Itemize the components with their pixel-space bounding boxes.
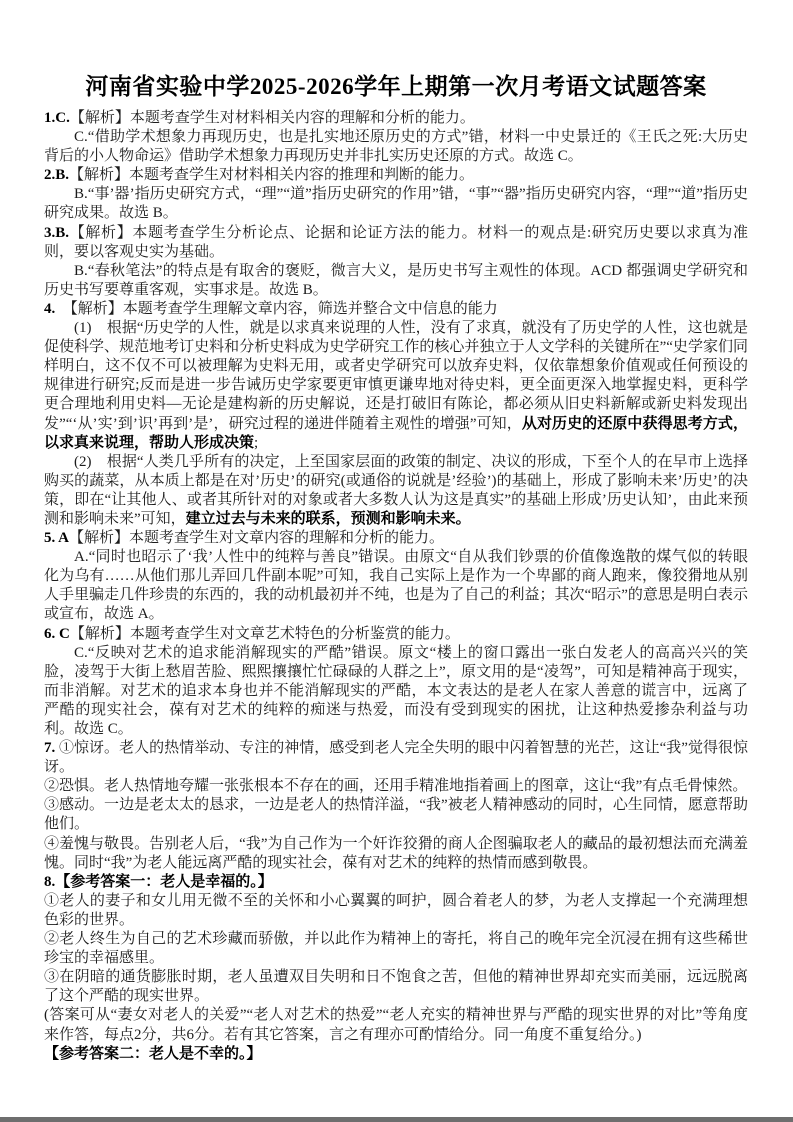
- answer-paragraph: 2.B.【解析】本题考查学生对材料相关内容的推理和判断的能力。: [44, 166, 748, 185]
- emphasis-text: 建立过去与未来的联系，预测和影响未来。: [186, 511, 471, 527]
- answer-paragraph: 3.B.【解析】本题考查学生分析论点、论据和论证方法的能力。材料一的观点是:研究…: [44, 224, 748, 262]
- text-segment: 【解析】本题考查学生对材料相关内容的推理和判断的能力。: [69, 167, 474, 183]
- answer-paragraph: (答案可从“妻女对老人的关爱”“老人对艺术的热爱”“老人充实的精神世界与严酷的现…: [44, 1006, 748, 1044]
- emphasis-text: 8.【参考答案一：老人是幸福的。】: [44, 874, 273, 890]
- text-segment: ;: [254, 435, 258, 451]
- answer-paragraph: (2) 根据“人类几乎所有的决定，上至国家层面的政策的制定、决议的形成，下至个人…: [44, 453, 748, 529]
- text-segment: ①老人的妻子和女儿用无微不至的关怀和小心翼翼的呵护，圆合着老人的梦，为老人支撑起…: [44, 893, 748, 928]
- answer-paragraph: ②恐惧。老人热情地夸耀一张张根本不存在的画，还用手精准地指着画上的图章，这让“我…: [44, 777, 748, 796]
- answer-paragraph: ③在阴暗的通货膨胀时期，老人虽遭双目失明和日不饱食之苦，但他的精神世界却充实而美…: [44, 968, 748, 1006]
- emphasis-text: 4.: [44, 301, 55, 317]
- answer-paragraph: ③感动。一边是老太太的恳求，一边是老人的热情洋溢，“我”被老人精神感动的同时，心…: [44, 796, 748, 834]
- text-segment: ③在阴暗的通货膨胀时期，老人虽遭双目失明和日不饱食之苦，但他的精神世界却充实而美…: [44, 969, 748, 1004]
- text-segment: ①惊讶。老人的热情举动、专注的神情，感受到老人完全失明的眼中闪着智慧的光芒，这让…: [44, 740, 748, 775]
- text-segment: ②恐惧。老人热情地夸耀一张张根本不存在的画，还用手精准地指着画上的图章，这让“我…: [44, 778, 747, 794]
- text-segment: (答案可从“妻女对老人的关爱”“老人对艺术的热爱”“老人充实的精神世界与严酷的现…: [44, 1007, 748, 1042]
- answer-paragraph: ①老人的妻子和女儿用无微不至的关怀和小心翼翼的呵护，圆合着老人的梦，为老人支撑起…: [44, 892, 748, 930]
- text-segment: 【解析】本题考查学生对文章艺术特色的分析鉴赏的能力。: [70, 626, 460, 642]
- answer-paragraph: C.“反映对艺术的追求能消解现实的严酷”错误。原文“楼上的窗口露出一张白发老人的…: [44, 644, 748, 739]
- emphasis-text: 5. A: [44, 530, 69, 546]
- emphasis-text: 【参考答案二：老人是不幸的。】: [44, 1046, 262, 1062]
- document-body: 1.C.【解析】本题考查学生对材料相关内容的理解和分析的能力。C.“借助学术想象…: [44, 109, 748, 1064]
- emphasis-text: 2.B.: [44, 167, 69, 183]
- page-bottom-edge: [0, 1117, 793, 1122]
- answer-paragraph: B.“事’器’指历史研究方式，“理”“道”指历史研究的作用”错，“事”“器”指历…: [44, 185, 748, 223]
- emphasis-text: 6. C: [44, 626, 70, 642]
- text-segment: ④羞愧与敬畏。告别老人后，“我”为自己作为一个奸诈狡猾的商人企图骗取老人的藏品的…: [44, 836, 748, 871]
- document-content: 河南省实验中学2025-2026学年上期第一次月考语文试题答案 1.C.【解析】…: [0, 0, 793, 1064]
- emphasis-text: 1.C.: [44, 110, 70, 126]
- document-page: 河南省实验中学2025-2026学年上期第一次月考语文试题答案 1.C.【解析】…: [0, 0, 793, 1122]
- text-segment: A.“同时也昭示了‘我’人性中的纯粹与善良”错误。由原文“自从我们钞票的价值像逸…: [44, 549, 748, 622]
- text-segment: 【解析】本题考查学生对材料相关内容的理解和分析的能力。: [70, 110, 475, 126]
- text-segment: ②老人终生为自己的艺术珍藏而骄傲，并以此作为精神上的寄托，将自己的晚年完全沉浸在…: [44, 931, 748, 966]
- text-segment: C.“借助学术想象力再现历史，也是扎实地还原历史的方式”错，材料一中史景迁的《王…: [44, 129, 748, 164]
- answer-paragraph: 7. ①惊讶。老人的热情举动、专注的神情，感受到老人完全失明的眼中闪着智慧的光芒…: [44, 739, 748, 777]
- emphasis-text: 7.: [44, 740, 55, 756]
- answer-paragraph: 1.C.【解析】本题考查学生对材料相关内容的理解和分析的能力。: [44, 109, 748, 128]
- answer-paragraph: B.“春秋笔法”的特点是有取舍的褒贬，微言大义，是历史书写主观性的体现。ACD …: [44, 262, 748, 300]
- text-segment: C.“反映对艺术的追求能消解现实的严酷”错误。原文“楼上的窗口露出一张白发老人的…: [44, 645, 748, 737]
- text-segment: 【解析】本题考查学生分析论点、论据和论证方法的能力。材料一的观点是:研究历史要以…: [44, 225, 748, 260]
- answer-paragraph: 4. 【解析】本题考查学生理解文章内容，筛选并整合文中信息的能力: [44, 300, 748, 319]
- answer-paragraph: 6. C【解析】本题考查学生对文章艺术特色的分析鉴赏的能力。: [44, 625, 748, 644]
- text-segment: B.“春秋笔法”的特点是有取舍的褒贬，微言大义，是历史书写主观性的体现。ACD …: [44, 263, 748, 298]
- answer-paragraph: A.“同时也昭示了‘我’人性中的纯粹与善良”错误。由原文“自从我们钞票的价值像逸…: [44, 548, 748, 624]
- answer-paragraph: C.“借助学术想象力再现历史，也是扎实地还原历史的方式”错，材料一中史景迁的《王…: [44, 128, 748, 166]
- text-segment: ③感动。一边是老太太的恳求，一边是老人的热情洋溢，“我”被老人精神感动的同时，心…: [44, 797, 748, 832]
- text-segment: 【解析】本题考查学生对文章内容的理解和分析的能力。: [69, 530, 444, 546]
- answer-paragraph: 5. A【解析】本题考查学生对文章内容的理解和分析的能力。: [44, 529, 748, 548]
- answer-paragraph: ②老人终生为自己的艺术珍藏而骄傲，并以此作为精神上的寄托，将自己的晚年完全沉浸在…: [44, 930, 748, 968]
- answer-paragraph: 8.【参考答案一：老人是幸福的。】: [44, 873, 748, 892]
- answer-paragraph: 【参考答案二：老人是不幸的。】: [44, 1045, 748, 1064]
- answer-paragraph: ④羞愧与敬畏。告别老人后，“我”为自己作为一个奸诈狡猾的商人企图骗取老人的藏品的…: [44, 835, 748, 873]
- text-segment: 【解析】本题考查学生理解文章内容，筛选并整合文中信息的能力: [55, 301, 498, 317]
- answer-paragraph: (1) 根据“历史学的人性，就是以求真来说理的人性，没有了求真，就没有了历史学的…: [44, 319, 748, 453]
- emphasis-text: 3.B.: [44, 225, 69, 241]
- page-title: 河南省实验中学2025-2026学年上期第一次月考语文试题答案: [44, 72, 748, 102]
- text-segment: B.“事’器’指历史研究方式，“理”“道”指历史研究的作用”错，“事”“器”指历…: [44, 186, 748, 221]
